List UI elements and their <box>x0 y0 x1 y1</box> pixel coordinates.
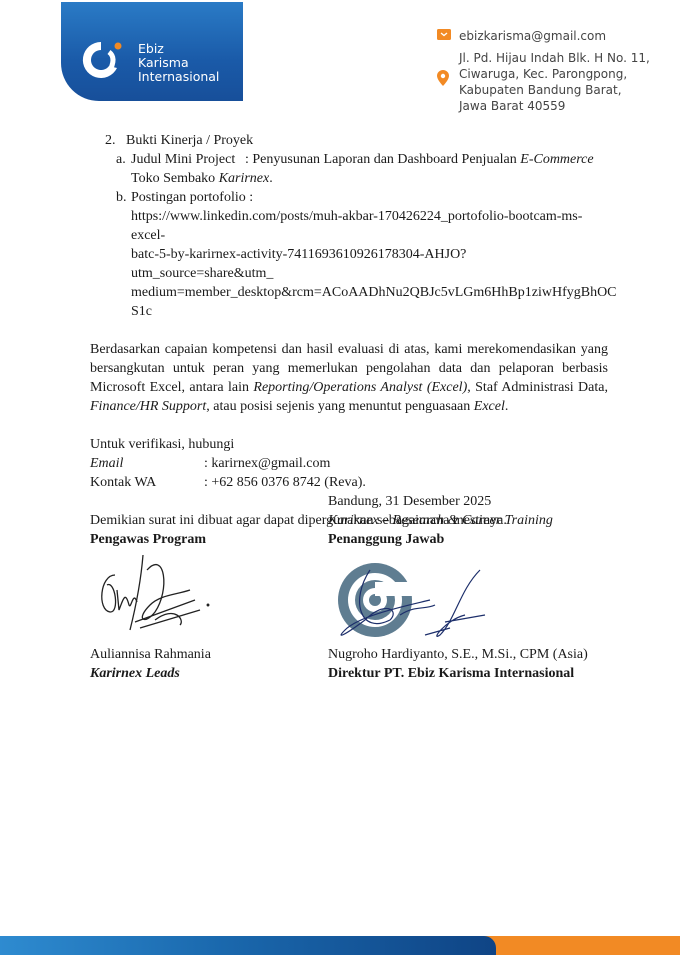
company-name: Ebiz Karisma Internasional <box>138 42 219 84</box>
footer-blue-segment <box>0 936 496 955</box>
email-value[interactable]: : karirnex@gmail.com <box>204 456 330 471</box>
url-line[interactable]: medium=member_desktop&rcm=ACoAADhNu2QBJc… <box>131 283 608 302</box>
text-run: , Staf Administrasi Data, <box>467 380 608 395</box>
footer-orange-segment <box>484 936 680 955</box>
recommendation-paragraph: Berdasarkan capaian kompetensi dan hasil… <box>90 340 608 416</box>
project-title: Penyusunan Laporan dan Dashboard Penjual… <box>252 152 516 167</box>
section-number: 2. <box>105 131 116 150</box>
left-name: Auliannisa Rahmania <box>90 645 211 664</box>
left-role: Pengawas Program <box>90 532 206 547</box>
url-line[interactable]: S1c <box>131 302 608 321</box>
right-role: Penanggung Jawab <box>328 532 444 547</box>
project-title-italic: E-Commerce <box>520 152 593 167</box>
place-date-block: Bandung, 31 Desember 2025 Karirnex – Res… <box>328 492 553 530</box>
portfolio-item: b. Postingan portofolio : https://www.li… <box>90 188 608 321</box>
company-logo: Ebiz Karisma Internasional <box>61 2 243 101</box>
left-signature-block: Pengawas Program <box>90 530 206 549</box>
right-title: Direktur PT. Ebiz Karisma Internasional <box>328 666 574 681</box>
separator: : <box>245 152 249 167</box>
section-heading: 2. Bukti Kinerja / Proyek <box>90 131 608 150</box>
role-italic: Reporting/Operations Analyst (Excel) <box>253 380 467 395</box>
wa-label: Kontak WA <box>90 473 204 492</box>
project-label: Judul Mini Project <box>131 150 245 169</box>
left-signature-icon <box>95 550 215 640</box>
left-signatory: Auliannisa Rahmania Karirnex Leads <box>90 645 211 683</box>
list-marker: b. <box>116 188 127 207</box>
company-name-line: Ebiz <box>138 42 219 56</box>
company-email[interactable]: ebizkarisma@gmail.com <box>459 29 606 43</box>
address-line: Jl. Pd. Hijau Indah Blk. H No. 11, <box>459 50 650 66</box>
eki-logo-icon <box>79 38 123 82</box>
role-italic: Finance/HR Support <box>90 399 206 414</box>
url-line[interactable]: batc-5-by-karirnex-activity-741169361092… <box>131 245 608 283</box>
left-title: Karirnex Leads <box>90 666 180 681</box>
verification-block: Untuk verifikasi, hubungi Email: karirne… <box>90 435 608 492</box>
right-signatory: Nugroho Hardiyanto, S.E., M.Si., CPM (As… <box>328 645 588 683</box>
verification-intro: Untuk verifikasi, hubungi <box>90 435 608 454</box>
envelope-icon <box>437 28 451 44</box>
section-title: Bukti Kinerja / Proyek <box>108 133 253 148</box>
project-title-line2: Toko Sembako <box>131 171 215 186</box>
right-signature-stamp-icon <box>330 560 500 650</box>
portfolio-label: Postingan portofolio : <box>131 188 608 207</box>
location-pin-icon <box>437 70 449 90</box>
footer-bar <box>0 936 680 955</box>
project-brand: Karirnex <box>219 171 270 186</box>
organization: Karirnex – Research & Career Training <box>328 513 553 528</box>
address-line: Kabupaten Bandung Barat, <box>459 82 650 98</box>
email-label: Email <box>90 454 204 473</box>
text-run: . <box>505 399 509 414</box>
company-name-line: Karisma <box>138 56 219 70</box>
mini-project-item: a. Judul Mini Project: Penyusunan Lapora… <box>90 150 608 188</box>
text-run: , atau posisi sejenis yang menuntut peng… <box>206 399 474 414</box>
wa-value: : +62 856 0376 8742 (Reva). <box>204 475 366 490</box>
right-name: Nugroho Hardiyanto, S.E., M.Si., CPM (As… <box>328 645 588 664</box>
punctuation: . <box>269 171 273 186</box>
contact-info: ebizkarisma@gmail.com Jl. Pd. Hijau Inda… <box>437 28 650 114</box>
company-name-line: Internasional <box>138 70 219 84</box>
address-line: Ciwaruga, Kec. Parongpong, <box>459 66 650 82</box>
place-date: Bandung, 31 Desember 2025 <box>328 492 553 511</box>
excel-italic: Excel <box>474 399 505 414</box>
list-marker: a. <box>116 150 126 169</box>
portfolio-url[interactable]: https://www.linkedin.com/posts/muh-akbar… <box>131 207 608 321</box>
letter-body: 2. Bukti Kinerja / Proyek a. Judul Mini … <box>90 131 608 530</box>
address-line: Jawa Barat 40559 <box>459 98 650 114</box>
url-line[interactable]: https://www.linkedin.com/posts/muh-akbar… <box>131 207 608 245</box>
right-signature-block: Penanggung Jawab <box>328 530 444 549</box>
